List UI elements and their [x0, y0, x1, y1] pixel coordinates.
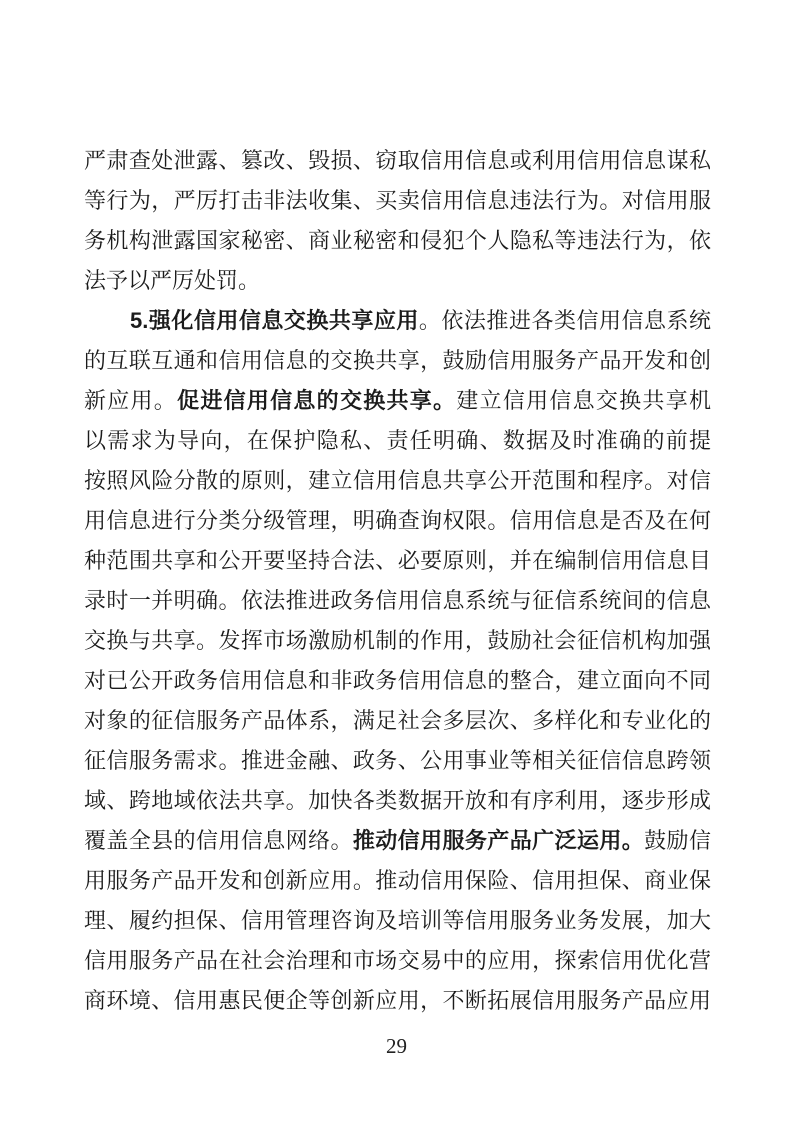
text-segment: 信用服务产品在社会治理和市场交易中的应用，探索信用优化营 — [84, 948, 711, 973]
text-line: 交换与共享。发挥市场激励机制的作用，鼓励社会征信机构加强 — [84, 621, 711, 661]
text-segment: 务机构泄露国家秘密、商业秘密和侵犯个人隐私等违法行为，依 — [84, 228, 711, 253]
text-line: 务机构泄露国家秘密、商业秘密和侵犯个人隐私等违法行为，依 — [84, 221, 711, 261]
text-line: 以需求为导向，在保护隐私、责任明确、数据及时准确的前提下， — [84, 421, 711, 461]
bold-text-segment: 促进信用信息的交换共享。 — [177, 388, 456, 413]
text-line: 录时一并明确。依法推进政务信用信息系统与征信系统间的信息 — [84, 581, 711, 621]
text-line: 的互联互通和信用信息的交换共享，鼓励信用服务产品开发和创 — [84, 341, 711, 381]
text-segment: 对已公开政务信用信息和非政务信用信息的整合，建立面向不同 — [84, 668, 711, 693]
text-segment: 严肃查处泄露、篡改、毁损、窃取信用信息或利用信用信息谋私 — [84, 148, 711, 173]
text-line: 种范围共享和公开要坚持合法、必要原则，并在编制信用信息目 — [84, 541, 711, 581]
text-line: 法予以严厉处罚。 — [84, 261, 711, 301]
document-page: 严肃查处泄露、篡改、毁损、窃取信用信息或利用信用信息谋私等行为，严厉打击非法收集… — [0, 0, 793, 1122]
text-segment: 等行为，严厉打击非法收集、买卖信用信息违法行为。对信用服 — [84, 188, 711, 213]
text-line: 用信息进行分类分级管理，明确查询权限。信用信息是否及在何 — [84, 501, 711, 541]
text-line: 用服务产品开发和创新应用。推动信用保险、信用担保、商业保 — [84, 861, 711, 901]
text-segment: 。依法推进各类信用信息系统 — [419, 308, 711, 333]
text-line: 严肃查处泄露、篡改、毁损、窃取信用信息或利用信用信息谋私 — [84, 141, 711, 181]
text-line: 等行为，严厉打击非法收集、买卖信用信息违法行为。对信用服 — [84, 181, 711, 221]
text-segment: 法予以严厉处罚。 — [84, 268, 260, 293]
body-text: 严肃查处泄露、篡改、毁损、窃取信用信息或利用信用信息谋私等行为，严厉打击非法收集… — [84, 141, 711, 1021]
text-line: 理、履约担保、信用管理咨询及培训等信用服务业务发展，加大 — [84, 901, 711, 941]
text-segment: 交换与共享。发挥市场激励机制的作用，鼓励社会征信机构加强 — [84, 628, 711, 653]
text-line: 按照风险分散的原则，建立信用信息共享公开范围和程序。对信 — [84, 461, 711, 501]
text-segment: 以需求为导向，在保护隐私、责任明确、数据及时准确的前提下， — [84, 428, 711, 461]
page-number: 29 — [0, 1031, 793, 1061]
text-segment: 商环境、信用惠民便企等创新应用，不断拓展信用服务产品应用 — [84, 988, 711, 1013]
text-line: 信用服务产品在社会治理和市场交易中的应用，探索信用优化营 — [84, 941, 711, 981]
text-segment: 鼓励信 — [644, 828, 711, 853]
text-line: 对已公开政务信用信息和非政务信用信息的整合，建立面向不同 — [84, 661, 711, 701]
text-segment: 对象的征信服务产品体系，满足社会多层次、多样化和专业化的 — [84, 708, 711, 733]
text-segment: 种范围共享和公开要坚持合法、必要原则，并在编制信用信息目 — [84, 548, 711, 573]
text-segment: 按照风险分散的原则，建立信用信息共享公开范围和程序。对信 — [84, 468, 711, 493]
bold-text-segment: 5.强化信用信息交换共享应用 — [130, 308, 419, 333]
bold-text-segment: 推动信用服务产品广泛运用。 — [353, 828, 644, 853]
text-segment: 域、跨地域依法共享。加快各类数据开放和有序利用，逐步形成 — [84, 788, 711, 813]
text-segment: 录时一并明确。依法推进政务信用信息系统与征信系统间的信息 — [84, 588, 711, 613]
text-line: 征信服务需求。推进金融、政务、公用事业等相关征信信息跨领 — [84, 741, 711, 781]
text-segment: 用信息进行分类分级管理，明确查询权限。信用信息是否及在何 — [84, 508, 711, 533]
text-line: 新应用。促进信用信息的交换共享。建立信用信息交换共享机制， — [84, 381, 711, 421]
text-segment: 新应用。 — [84, 388, 177, 413]
text-segment: 用服务产品开发和创新应用。推动信用保险、信用担保、商业保 — [84, 868, 711, 893]
text-line: 商环境、信用惠民便企等创新应用，不断拓展信用服务产品应用 — [84, 981, 711, 1021]
text-segment: 理、履约担保、信用管理咨询及培训等信用服务业务发展，加大 — [84, 908, 711, 933]
text-segment: 覆盖全县的信用信息网络。 — [84, 828, 353, 853]
text-segment: 的互联互通和信用信息的交换共享，鼓励信用服务产品开发和创 — [84, 348, 711, 373]
text-line: 5.强化信用信息交换共享应用。依法推进各类信用信息系统 — [84, 301, 711, 341]
text-line: 域、跨地域依法共享。加快各类数据开放和有序利用，逐步形成 — [84, 781, 711, 821]
text-line: 覆盖全县的信用信息网络。推动信用服务产品广泛运用。鼓励信 — [84, 821, 711, 861]
text-line: 对象的征信服务产品体系，满足社会多层次、多样化和专业化的 — [84, 701, 711, 741]
text-segment: 征信服务需求。推进金融、政务、公用事业等相关征信信息跨领 — [84, 748, 711, 773]
